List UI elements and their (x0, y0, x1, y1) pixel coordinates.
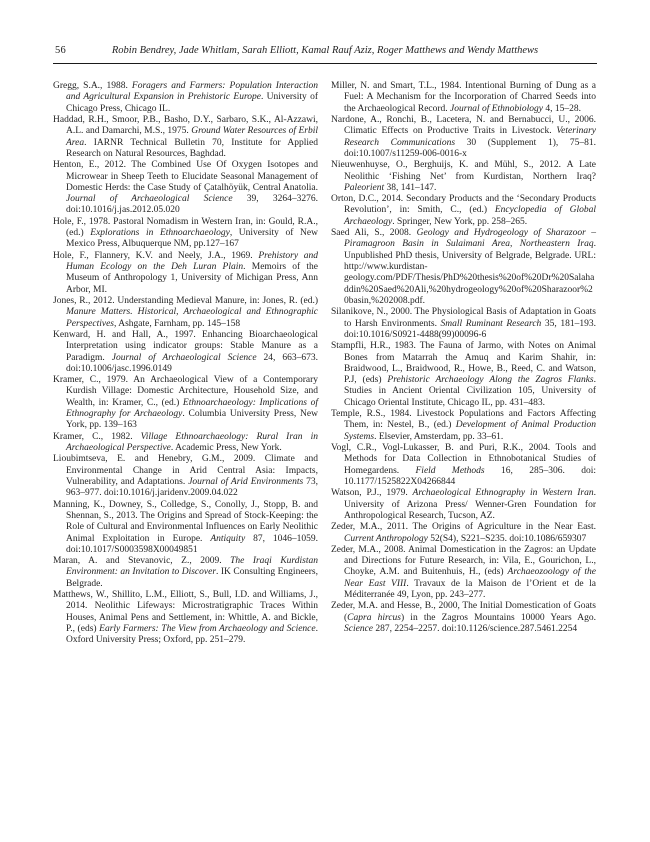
reference-entry: Gregg, S.A., 1988. Foragers and Farmers:… (53, 81, 318, 115)
reference-entry: Jones, R., 2012. Understanding Medieval … (53, 296, 318, 330)
reference-text: . Elsevier, Amsterdam, pp. 33–61. (374, 432, 503, 442)
running-head-authors: Robin Bendrey, Jade Whitlam, Sarah Ellio… (53, 45, 597, 56)
reference-entry: Silanikove, N., 2000. The Physiological … (331, 307, 596, 341)
reference-entry: Kenward, H. and Hall, A., 1997. Enhancin… (53, 330, 318, 375)
reference-entry: Temple, R.S., 1984. Livestock Population… (331, 409, 596, 443)
reference-entry: Matthews, W., Shillito, L.M., Elliott, S… (53, 590, 318, 647)
reference-title-italic: Archaeological Ethnography in Western Ir… (413, 488, 594, 498)
reference-text: ) in the Zagros Mountains 10000 Years Ag… (401, 613, 596, 623)
reference-entry: Miller, N. and Smart, T.L., 1984. Intent… (331, 81, 596, 115)
reference-title-italic: Antiquity (210, 534, 245, 544)
reference-entry: Henton, E., 2012. The Combined Use Of Ox… (53, 160, 318, 217)
reference-text: Henton, E., 2012. The Combined Use Of Ox… (53, 160, 318, 193)
reference-title-italic: Science (344, 624, 373, 634)
page-number: 56 (55, 45, 66, 56)
reference-entry: Watson, P.J., 1979. Archaeological Ethno… (331, 488, 596, 522)
reference-entry: Kramer, C., 1979. An Archaeological View… (53, 375, 318, 432)
reference-title-italic: Journal of Arid Environments (188, 477, 303, 487)
reference-text: Nieuwenhuyse, O., Berghuijs, K. and Mühl… (331, 160, 596, 181)
reference-title-italic: Paleorient (344, 183, 384, 193)
reference-text: . Academic Press, New York. (171, 443, 282, 453)
reference-text: , Ashgate, Farnham, pp. 145–158 (114, 319, 240, 329)
reference-entry: Hole, F., Flannery, K.V. and Neely, J.A.… (53, 251, 318, 296)
reference-entry: Kramer, C., 1982. Village Ethnoarchaeolo… (53, 432, 318, 455)
reference-text: Zeder, M.A., 2011. The Origins of Agricu… (331, 522, 596, 532)
reference-text: . IARNR Technical Bulletin 70, Institute… (66, 138, 318, 159)
references-columns: Gregg, S.A., 1988. Foragers and Farmers:… (53, 81, 597, 647)
reference-text: Maran, A. and Stevanovic, Z., 2009. (53, 556, 230, 566)
reference-title-italic: Prehistoric Archaeology Along the Zagros… (387, 375, 593, 385)
reference-entry: Maran, A. and Stevanovic, Z., 2009. The … (53, 556, 318, 590)
reference-title-italic: Field Methods (416, 466, 485, 476)
reference-entry: Hole, F., 1978. Pastoral Nomadism in Wes… (53, 217, 318, 251)
reference-text: Gregg, S.A., 1988. (53, 81, 132, 91)
reference-entry: Nieuwenhuyse, O., Berghuijs, K. and Mühl… (331, 160, 596, 194)
reference-text: . Springer, New York, pp. 258–265. (392, 217, 527, 227)
reference-title-italic: Current Anthropology (344, 534, 428, 544)
reference-entry: Manning, K., Downey, S., Colledge, S., C… (53, 500, 318, 557)
reference-entry: Saed Ali, S., 2008. Geology and Hydrogeo… (331, 228, 596, 307)
reference-text: Kramer, C., 1982. (53, 432, 141, 442)
reference-entry: Stampfli, H.R., 1983. The Fauna of Jarmo… (331, 341, 596, 409)
reference-entry: Orton, D.C., 2014. Secondary Products an… (331, 194, 596, 228)
reference-text: 38, 141–147. (384, 183, 436, 193)
reference-entry: Zeder, M.A. and Hesse, B., 2000, The Ini… (331, 601, 596, 635)
references-column-left: Gregg, S.A., 1988. Foragers and Farmers:… (53, 81, 318, 647)
reference-entry: Zeder, M.A., 2008. Animal Domestication … (331, 545, 596, 602)
reference-text: 4, 15–28. (543, 104, 581, 114)
reference-entry: Vogl, C.R., Vogl-Lukasser, B. and Puri, … (331, 443, 596, 488)
reference-title-italic: Journal of Archaeological Science (66, 194, 233, 204)
reference-text: 287, 2254–2257. doi:10.1126/science.287.… (373, 624, 577, 634)
references-column-right: Miller, N. and Smart, T.L., 1984. Intent… (331, 81, 596, 647)
reference-title-italic: Journal of Archaeological Science (112, 353, 257, 363)
reference-text: Saed Ali, S., 2008. (331, 228, 417, 238)
reference-text: Watson, P.J., 1979. (331, 488, 413, 498)
reference-text: Jones, R., 2012. Understanding Medieval … (53, 296, 318, 306)
reference-title-italic: Explorations in Ethnoarchaeology (90, 228, 230, 238)
running-header: 56 Robin Bendrey, Jade Whitlam, Sarah El… (53, 45, 597, 58)
reference-text: Hole, F., Flannery, K.V. and Neely, J.A.… (53, 251, 258, 261)
reference-entry: Haddad, R.H., Smoor, P.B., Basho, D.Y., … (53, 115, 318, 160)
reference-entry: Zeder, M.A., 2011. The Origins of Agricu… (331, 522, 596, 545)
reference-text: 52(S4), S221–S235. doi:10.1086/659307 (428, 534, 586, 544)
reference-title-italic: Early Farmers: The View from Archaeology… (99, 624, 315, 634)
reference-entry: Lioubimtseva, E. and Henebry, G.M., 2009… (53, 454, 318, 499)
reference-title-italic: Small Ruminant Research (441, 319, 542, 329)
paper-page: 56 Robin Bendrey, Jade Whitlam, Sarah El… (0, 0, 650, 842)
header-rule (53, 63, 597, 64)
reference-title-italic: Journal of Ethnobiology (450, 104, 543, 114)
reference-entry: Nardone, A., Ronchi, B., Lacetera, N. an… (331, 115, 596, 160)
reference-title-italic: Capra hircus (347, 613, 401, 623)
